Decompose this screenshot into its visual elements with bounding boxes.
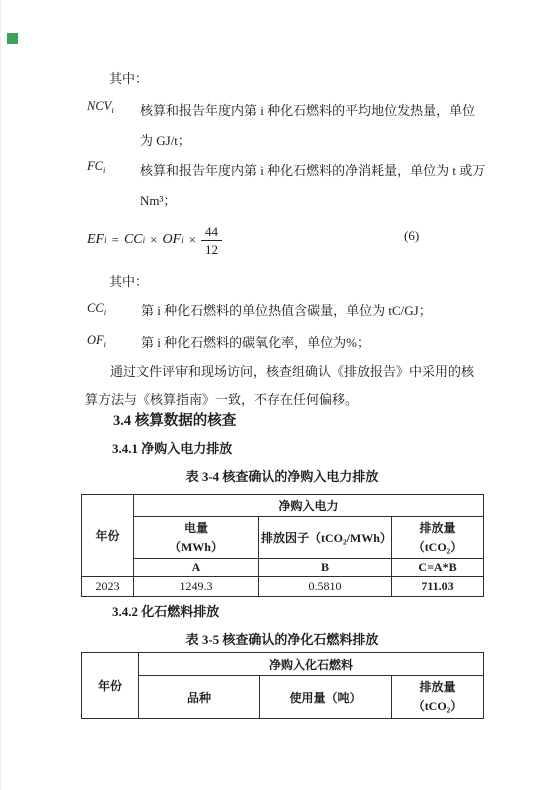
section-heading-3-4-1: 3.4.1 净购入电力排放 — [112, 438, 232, 457]
equation-number: (6) — [404, 228, 419, 244]
definition-ncv-line2: 为 GJ/t； — [140, 126, 490, 156]
where-label-1: 其中： — [109, 68, 148, 87]
term-cc: CCi — [87, 301, 106, 317]
eq-lhs: EF — [87, 232, 104, 248]
t35-year-header: 年份 — [82, 653, 139, 719]
term-fc-subscript: i — [103, 165, 105, 175]
green-square-marker — [7, 33, 18, 44]
t34-emission-header: 排放量 （tCO₂） — [392, 517, 484, 559]
definition-of: 第 i 种化石燃料的碳氧化率，单位为%； — [141, 332, 370, 351]
section-heading-3-4-2: 3.4.2 化石燃料排放 — [112, 601, 219, 620]
t34-year-header: 年份 — [82, 495, 134, 577]
definition-cc: 第 i 种化石燃料的单位热值含碳量，单位为 tC/GJ； — [141, 300, 432, 319]
paragraph-line1: 通过文件评审和现场访问，核查组确认《排放报告》中采用的核 — [85, 358, 485, 386]
term-fc: FCi — [87, 159, 105, 175]
table-3-5-caption: 表 3-5 核查确认的净化石燃料排放 — [81, 629, 483, 648]
t34-group-header: 净购入电力 — [134, 495, 484, 517]
t34-factor-header: 排放因子（tCO₂/MWh） — [259, 517, 392, 559]
t35-group-header: 净购入化石燃料 — [139, 653, 484, 676]
t34-electricity-value: 1249.3 — [134, 577, 259, 597]
t34-col-c: C=A*B — [392, 559, 484, 577]
t34-col-b: B — [259, 559, 392, 577]
t35-emission-header: 排放量 （tCO₂） — [392, 676, 484, 719]
t35-type-header: 品种 — [139, 676, 260, 719]
definition-ncv: 核算和报告年度内第 i 种化石燃料的平均地位发热量，单位 为 GJ/t； — [140, 96, 490, 156]
table-3-5-net-fossil-fuel: 年份 净购入化石燃料 品种 使用量（吨） 排放量 （tCO₂） — [81, 652, 484, 719]
fraction-44-12: 44 12 — [201, 224, 222, 257]
t34-electricity-header: 电量 （MWh） — [134, 517, 259, 559]
term-ncv-subscript: i — [111, 105, 113, 115]
t35-usage-header: 使用量（吨） — [260, 676, 392, 719]
t34-emission-value: 711.03 — [392, 577, 484, 597]
definition-ncv-line1: 核算和报告年度内第 i 种化石燃料的平均地位发热量，单位 — [140, 96, 490, 126]
term-ncv: NCVi — [87, 99, 114, 115]
fraction-denominator: 12 — [205, 241, 218, 257]
term-cc-subscript: i — [104, 307, 106, 317]
definition-fc-line1: 核算和报告年度内第 i 种化石燃料的净消耗量，单位为 t 或万 — [140, 156, 490, 186]
document-page: 其中： NCVi 核算和报告年度内第 i 种化石燃料的平均地位发热量，单位 为 … — [0, 0, 560, 790]
multiply-sign-2: × — [184, 232, 201, 248]
eq-cc: CC — [124, 232, 143, 248]
fraction-numerator: 44 — [201, 224, 222, 241]
conclusion-paragraph: 通过文件评审和现场访问，核查组确认《排放报告》中采用的核 算方法与《核算指南》一… — [85, 358, 485, 414]
equation-ef-formula: EFi = CCi × OFi × 44 12 — [87, 222, 222, 258]
eq-of: OF — [163, 232, 182, 248]
table-3-4-net-purchased-electricity: 年份 净购入电力 电量 （MWh） 排放因子（tCO₂/MWh） 排放量 （tC… — [81, 494, 484, 597]
equals-sign: = — [107, 232, 124, 248]
section-heading-3-4: 3.4 核算数据的核查 — [113, 409, 236, 430]
t34-factor-value: 0.5810 — [259, 577, 392, 597]
t34-col-a: A — [134, 559, 259, 577]
multiply-sign-1: × — [145, 232, 162, 248]
term-of-subscript: i — [104, 339, 106, 349]
definition-fc-line2: Nm³； — [140, 186, 490, 216]
t34-year-value: 2023 — [82, 577, 134, 597]
definition-fc: 核算和报告年度内第 i 种化石燃料的净消耗量，单位为 t 或万 Nm³； — [140, 156, 490, 216]
where-label-2: 其中： — [109, 271, 148, 290]
term-of: OFi — [87, 333, 106, 349]
table-row: 2023 1249.3 0.5810 711.03 — [82, 577, 484, 597]
table-3-4-caption: 表 3-4 核查确认的净购入电力排放 — [81, 466, 483, 485]
